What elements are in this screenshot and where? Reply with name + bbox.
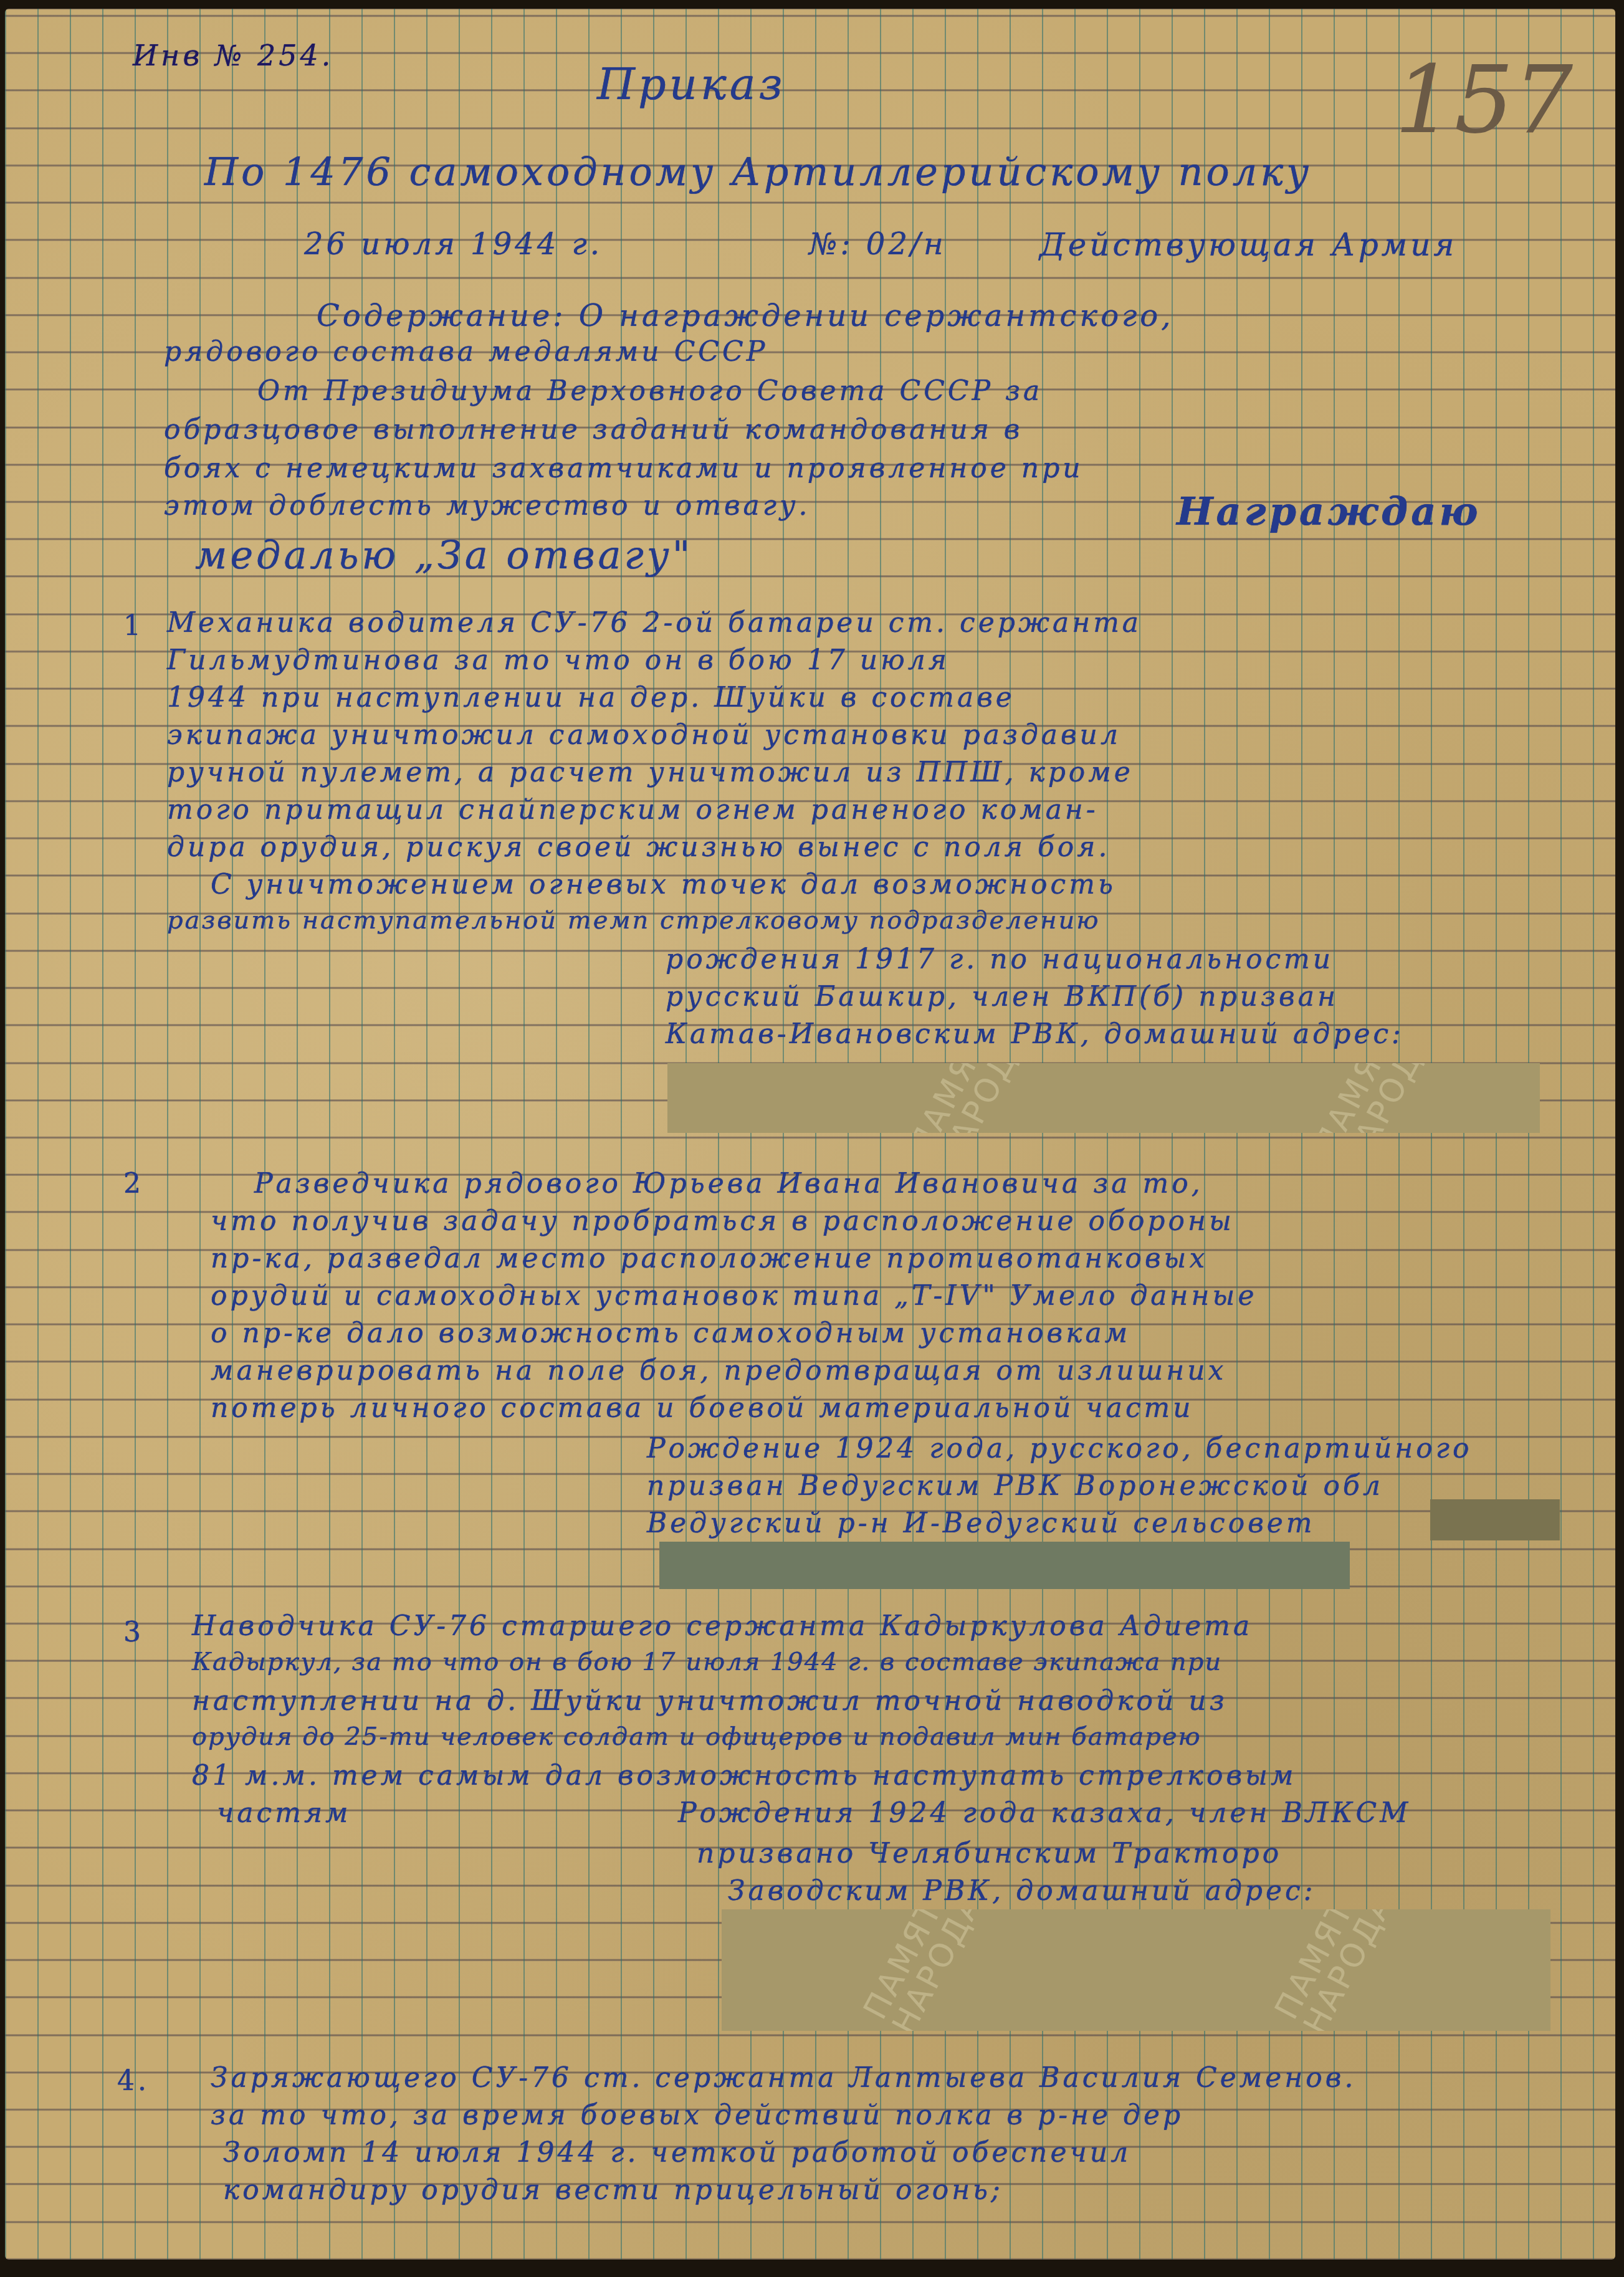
entry-line: Механика водителя СУ-76 2-ой батареи ст.… [167,607,1142,639]
redacted-address [659,1542,1350,1589]
entry-line: за то что, за время боевых действий полк… [211,2099,1183,2131]
entry-bio-line: Катав-Ивановским РВК, домашний адрес: [666,1018,1404,1050]
entry-line: командиру орудия вести прицельный огонь; [223,2174,1003,2206]
entry-line: потерь личного состава и боевой материал… [211,1392,1194,1424]
entry-line: что получив задачу пробраться в располож… [211,1205,1235,1237]
entry-bio-line: Заводским РВК, домашний адрес: [728,1875,1316,1907]
entry-line: дира орудия, рискуя своей жизнью вынес с… [167,831,1110,863]
content-line: рядового состава медалями СССР [164,336,768,368]
order-date: 26 июля 1944 г. [304,227,603,262]
watermark: ПАМЯТЬНАРОДА [904,1063,1034,1133]
entry-bio-line: Рождение 1924 года, русского, беспартийн… [647,1433,1472,1464]
document-subtitle: По 1476 самоходному Артиллерийскому полк… [204,149,1312,194]
entry-index: 2 [123,1168,144,1200]
entry-line: орудия до 25-ти человек солдат и офицеро… [192,1722,1201,1751]
entry-line: Заряжающего СУ-76 ст. сержанта Лаптыева … [211,2062,1356,2094]
entry-line: развить наступательной темп стрелковому … [167,906,1101,935]
entry-line: 81 м.м. тем самым дал возможность наступ… [192,1760,1296,1792]
entry-line: Разведчика рядового Юрьева Ивана Иванови… [254,1168,1203,1200]
entry-line: Наводчика СУ-76 старшего сержанта Кадырк… [192,1610,1253,1642]
entry-index: 1 [123,610,144,642]
entry-bio-line: призвано Челябинским Тракторо [697,1838,1282,1869]
entry-line: С уничтожением огневых точек дал возможн… [211,869,1116,900]
entry-bio-line: рождения 1917 г. по национальности [666,943,1334,975]
entry-line: Золомп 14 июля 1944 г. четкой работой об… [223,2137,1131,2169]
entry-line: маневрировать на поле боя, предотвращая … [211,1355,1226,1387]
order-location: Действующая Армия [1039,227,1457,263]
entry-bio-line: Рождения 1924 года казаха, член ВЛКСМ [678,1797,1411,1829]
redacted-address: ПАМЯТЬНАРОДА ПАМЯТЬНАРОДА [722,1909,1550,2031]
entry-line: пр-ка, разведал место расположение проти… [211,1243,1208,1274]
entry-line: о пр-ке дало возможность самоходным уста… [211,1317,1130,1349]
watermark: ПАМЯТЬНАРОДА [1270,1909,1400,2031]
entry-line: Кадыркул, за то что он в бою 17 июля 194… [192,1648,1222,1676]
entry-bio-line: призван Ведугским РВК Воронежской обл [647,1470,1383,1502]
entry-bio-line: Ведугский р-н И-Ведугский сельсовет [647,1507,1316,1539]
award-medal-line: медалью „За отвагу" [195,532,693,578]
content-line: этом доблесть мужество и отвагу. [164,490,811,522]
entry-line: 1944 при наступлении на дер. Шуйки в сос… [167,682,1015,714]
redacted-area [1430,1499,1560,1540]
redacted-address: ПАМЯТЬНАРОДА ПАМЯТЬНАРОДА [667,1063,1540,1133]
content-line: боях с немецкими захватчиками и проявлен… [164,452,1084,484]
entry-line: того притащил снайперским огнем раненого… [167,794,1099,826]
archive-mark: Инв № 254. [133,39,333,72]
document-title: Приказ [597,59,786,110]
entry-line: Гильмудтинова за то что он в бою 17 июля [167,644,950,676]
content-line: От Президиума Верховного Совета СССР за [257,375,1043,407]
entry-bio-line: русский Башкир, член ВКП(б) призван [666,981,1339,1013]
order-number: №: 02/н [809,227,947,262]
entry-index: 3 [123,1616,144,1648]
entry-line: частям [217,1797,351,1829]
page-number-pencil: 157 [1395,46,1573,155]
watermark: ПАМЯТЬНАРОДА [1309,1063,1439,1133]
entry-line: наступлении на д. Шуйки уничтожил точной… [192,1685,1228,1717]
content-line: Содержание: О награждении сержантского, [317,298,1173,333]
entry-line: экипажа уничтожил самоходной установки р… [167,719,1121,751]
entry-index: 4. [117,2065,150,2097]
entry-line: орудий и самоходных установок типа „Т-IV… [211,1280,1257,1312]
watermark: ПАМЯТЬНАРОДА [859,1909,988,2031]
document-sheet: Инв № 254. 157 Приказ По 1476 самоходном… [5,9,1615,2260]
entry-line: ручной пулемет, а расчет уничтожил из ПП… [167,757,1134,788]
content-line: образцовое выполнение заданий командован… [164,414,1023,446]
award-verb: Награждаю [1177,489,1481,534]
